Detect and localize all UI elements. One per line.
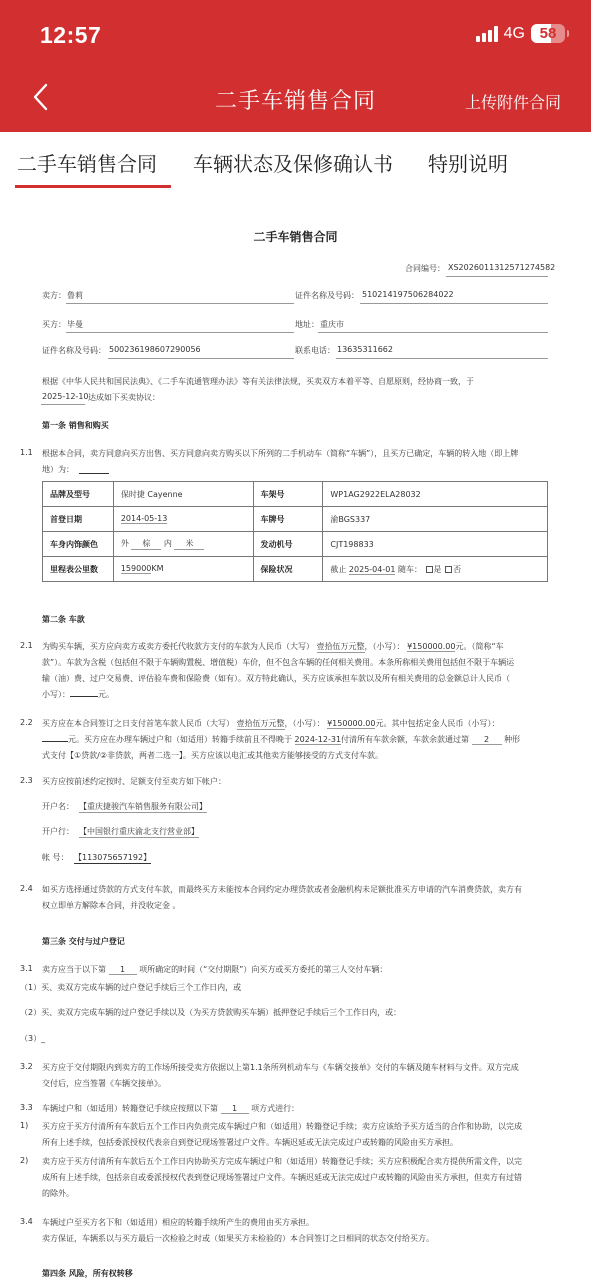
buyer-id[interactable]: 500236198607290056 <box>109 345 201 354</box>
clause-3-3-1-line2: 所有上述手续，包括委派授权代表亲自到登记现场签署过户文件。车辆迟延或无法完成过户… <box>42 1137 458 1148</box>
clause-1-1: 根据本合同，卖方同意向买方出售、买方同意向卖方购买以下所列的二手机动车（简称“车… <box>42 448 518 459</box>
clause-3-2-line2: 交付后，应当签署《车辆交接单》。 <box>42 1078 166 1089</box>
clause-3-4-line2: 卖方保证，车辆系以与买方最后一次检验之时或（如果买方未检验的）本合同签订之日相同… <box>42 1233 434 1244</box>
clause-2-4: 如买方选择通过贷款的方式支付车款，而最终买方未能按本合同约定办理贷款或者金融机构… <box>42 884 522 895</box>
interior-color: 米 <box>174 538 204 550</box>
checkbox-no[interactable] <box>445 566 452 573</box>
clause-3-1-option-3: （3）_ <box>20 1033 45 1044</box>
intro-text-2: 达成如下买卖协议： <box>88 392 160 403</box>
mileage-value: 159000 <box>121 564 152 574</box>
clause-2-2-line3: 式支付【①贷款/②非贷款，两者二选一】。买方应该以电汇或其他卖方能够接受的方式支… <box>42 750 383 761</box>
clause-2-2-line2: 元。买方应在办理车辆过户和（如适用）转籍手续前且不得晚于 2024-12-31付… <box>42 734 520 745</box>
clause-number: 3.1 <box>20 964 33 973</box>
tab-vehicle-status[interactable]: 车辆状态及保修确认书 <box>193 148 393 177</box>
clause-2-4-line2: 权立即单方解除本合同，并没收定金 。 <box>42 900 181 911</box>
clause-3-1-option-2: （2）买、卖双方完成车辆的过户登记手续以及（为买方贷款购买车辆）抵押登记手续后三… <box>20 1007 401 1018</box>
clause-number: 2.4 <box>20 884 33 893</box>
first-reg-label: 首登日期 <box>43 507 114 532</box>
section-1-title: 第一条 销售和购买 <box>42 420 109 431</box>
contract-title: 二手车销售合同 <box>0 228 591 245</box>
exterior-label: 外 <box>121 539 129 548</box>
clause-number: 2.2 <box>20 718 33 727</box>
clause-2-1-line2: 款”）。车款为含税（包括但不限于车辆购置税、增值税）车价，但不包含车辆的任何相关… <box>42 657 514 668</box>
bank-label: 开户行： <box>42 826 74 837</box>
exterior-color: 棕 <box>131 538 161 550</box>
address-label: 地址： <box>295 319 319 330</box>
checkbox-yes-checked[interactable] <box>426 566 433 573</box>
account-name-label: 开户名： <box>42 801 74 812</box>
battery-level: 58 <box>531 24 565 43</box>
insurance-until-label: 截止 <box>330 565 346 574</box>
mileage-label: 里程表公里数 <box>43 557 114 582</box>
clause-number: 3.4 <box>20 1217 33 1226</box>
brand-value: 保时捷 Cayenne <box>113 482 253 507</box>
clause-number: 1) <box>20 1121 28 1130</box>
vin-value: WP1AG2922ELA28032 <box>323 482 548 507</box>
buyer-label: 买方： <box>42 319 66 330</box>
clause-number: 3.2 <box>20 1062 33 1071</box>
clause-3-4: 车辆过户至买方名下和（如适用）相应的转籍手续所产生的费用由买方承担。 <box>42 1217 314 1228</box>
vehicle-info-table: 品牌及型号 保时捷 Cayenne 车架号 WP1AG2922ELA28032 … <box>42 481 548 582</box>
tab-bar: 二手车销售合同 车辆状态及保修确认书 特别说明 <box>0 132 591 190</box>
contract-no-label: 合同编号： <box>405 263 445 274</box>
insurance-label: 保险状况 <box>253 557 323 582</box>
section-2-title: 第二条 车款 <box>42 614 85 625</box>
network-type: 4G <box>504 25 525 43</box>
clause-3-1: 卖方应当于以下第 1 项所确定的时间（“交付期限”）向买方或买方委托的第三人交付… <box>42 964 387 975</box>
engine-value: CJT198833 <box>323 532 548 557</box>
brand-label: 品牌及型号 <box>43 482 114 507</box>
first-reg-value: 2014-05-13 <box>121 514 168 524</box>
seller-name[interactable]: 鲁莉 <box>67 290 83 301</box>
status-time: 12:57 <box>40 22 101 49</box>
engine-label: 发动机号 <box>253 532 323 557</box>
buyer-id-label: 证件名称及号码： <box>42 345 106 356</box>
insurance-date: 2025-04-01 <box>349 565 396 575</box>
plate-label: 车牌号 <box>253 507 323 532</box>
section-4-title: 第四条 风险，所有权转移 <box>42 1268 133 1279</box>
clause-3-3-2-line3: 的除外。 <box>42 1188 74 1199</box>
clause-2-2: 买方应在本合同签订之日支付首笔车款人民币（大写） 壹拾伍万元整，（小写）： ¥1… <box>42 718 499 730</box>
clause-number: 2.1 <box>20 641 33 650</box>
clause-number: 2.3 <box>20 776 33 785</box>
seller-id-label: 证件名称及号码： <box>295 290 359 301</box>
clause-3-3-2: 卖方应于买方付清所有车款后五个工作日内协助买方完成车辆过户和（如适用）转籍登记手… <box>42 1156 522 1167</box>
account-no: 【113075657192】 <box>74 852 151 864</box>
mileage-unit: KM <box>151 564 163 573</box>
clause-1-1-cont: 地）为： <box>42 464 74 475</box>
table-row: 首登日期 2014-05-13 车牌号 渝BGS337 <box>43 507 548 532</box>
with-car-label: 随车： <box>398 565 422 574</box>
clause-3-3: 车辆过户和（如适用）转籍登记手续应按照以下第 1 项方式进行： <box>42 1103 299 1114</box>
clause-number: 2) <box>20 1156 28 1165</box>
buyer-name[interactable]: 毕曼 <box>67 319 83 330</box>
yes-label: 是 <box>434 565 442 574</box>
intro-date: 2025-12-10 <box>42 392 89 401</box>
intro-text: 根据《中华人民共和国民法典》、《二手车流通管理办法》等有关法律法规，买卖双方本着… <box>42 376 474 387</box>
status-indicators: 4G 58 <box>476 24 569 43</box>
clause-3-3-2-line2: 成所有上述手续，包括亲自或委派授权代表到登记现场签署过户文件。车辆迟延或无法完成… <box>42 1172 522 1183</box>
account-no-label: 帐 号： <box>42 852 69 863</box>
clause-3-3-1: 买方应于买方付清所有车款后五个工作日内负责完成车辆过户和（如适用）转籍登记手续；… <box>42 1121 522 1132</box>
clause-3-2: 买方应于交付期限内到卖方的工作场所接受卖方依据以上第1.1条所列机动车与《车辆交… <box>42 1062 519 1073</box>
app-header: 12:57 4G 58 二手车销售合同 上传附件合同 <box>0 0 591 132</box>
address[interactable]: 重庆市 <box>320 319 344 330</box>
phone[interactable]: 13635311662 <box>337 345 393 354</box>
clause-2-1-line3: 输（油）费、过户交易费、评估验车费和保险费（如有）。双方特此确认，买方应该承担车… <box>42 673 510 684</box>
seller-id[interactable]: 510214197506284022 <box>362 290 454 299</box>
signal-icon <box>476 26 498 42</box>
interior-label: 内 <box>164 539 172 548</box>
tab-special-notes[interactable]: 特别说明 <box>428 148 508 177</box>
upload-attachment-button[interactable]: 上传附件合同 <box>465 90 561 113</box>
phone-label: 联系电话： <box>295 345 335 356</box>
plate-value: 渝BGS337 <box>323 507 548 532</box>
vin-label: 车架号 <box>253 482 323 507</box>
clause-number: 3.3 <box>20 1103 33 1112</box>
battery-icon: 58 <box>531 24 565 43</box>
table-row: 里程表公里数 159000KM 保险状况 截止 2025-04-01 随车： 是… <box>43 557 548 582</box>
tab-sales-contract[interactable]: 二手车销售合同 <box>17 148 157 177</box>
clause-2-3: 买方应按前述约定按时、足额支付至卖方如下帐户： <box>42 776 226 787</box>
clause-number: 1.1 <box>20 448 33 457</box>
color-label: 车身内饰颜色 <box>43 532 114 557</box>
section-3-title: 第三条 交付与过户登记 <box>42 936 125 947</box>
clause-3-1-option-1: （1）买、卖双方完成车辆的过户登记手续后三个工作日内，或 <box>20 982 241 993</box>
contract-no: XS2026011312571274582 <box>448 263 555 272</box>
bank-name: 【中国银行重庆渝北支行营业部】 <box>79 826 199 838</box>
seller-label: 卖方： <box>42 290 66 301</box>
account-name: 【重庆捷骏汽车销售服务有限公司】 <box>79 801 207 813</box>
clause-2-1-line4: 小写）：元。 <box>42 689 114 700</box>
no-label: 否 <box>453 565 461 574</box>
table-row: 车身内饰颜色 外 棕 内 米 发动机号 CJT198833 <box>43 532 548 557</box>
table-row: 品牌及型号 保时捷 Cayenne 车架号 WP1AG2922ELA28032 <box>43 482 548 507</box>
clause-2-1: 为购买车辆，买方应向卖方或卖方委托代收款方支付的车款为人民币（大写） 壹拾伍万元… <box>42 641 504 653</box>
active-tab-indicator <box>15 185 171 188</box>
